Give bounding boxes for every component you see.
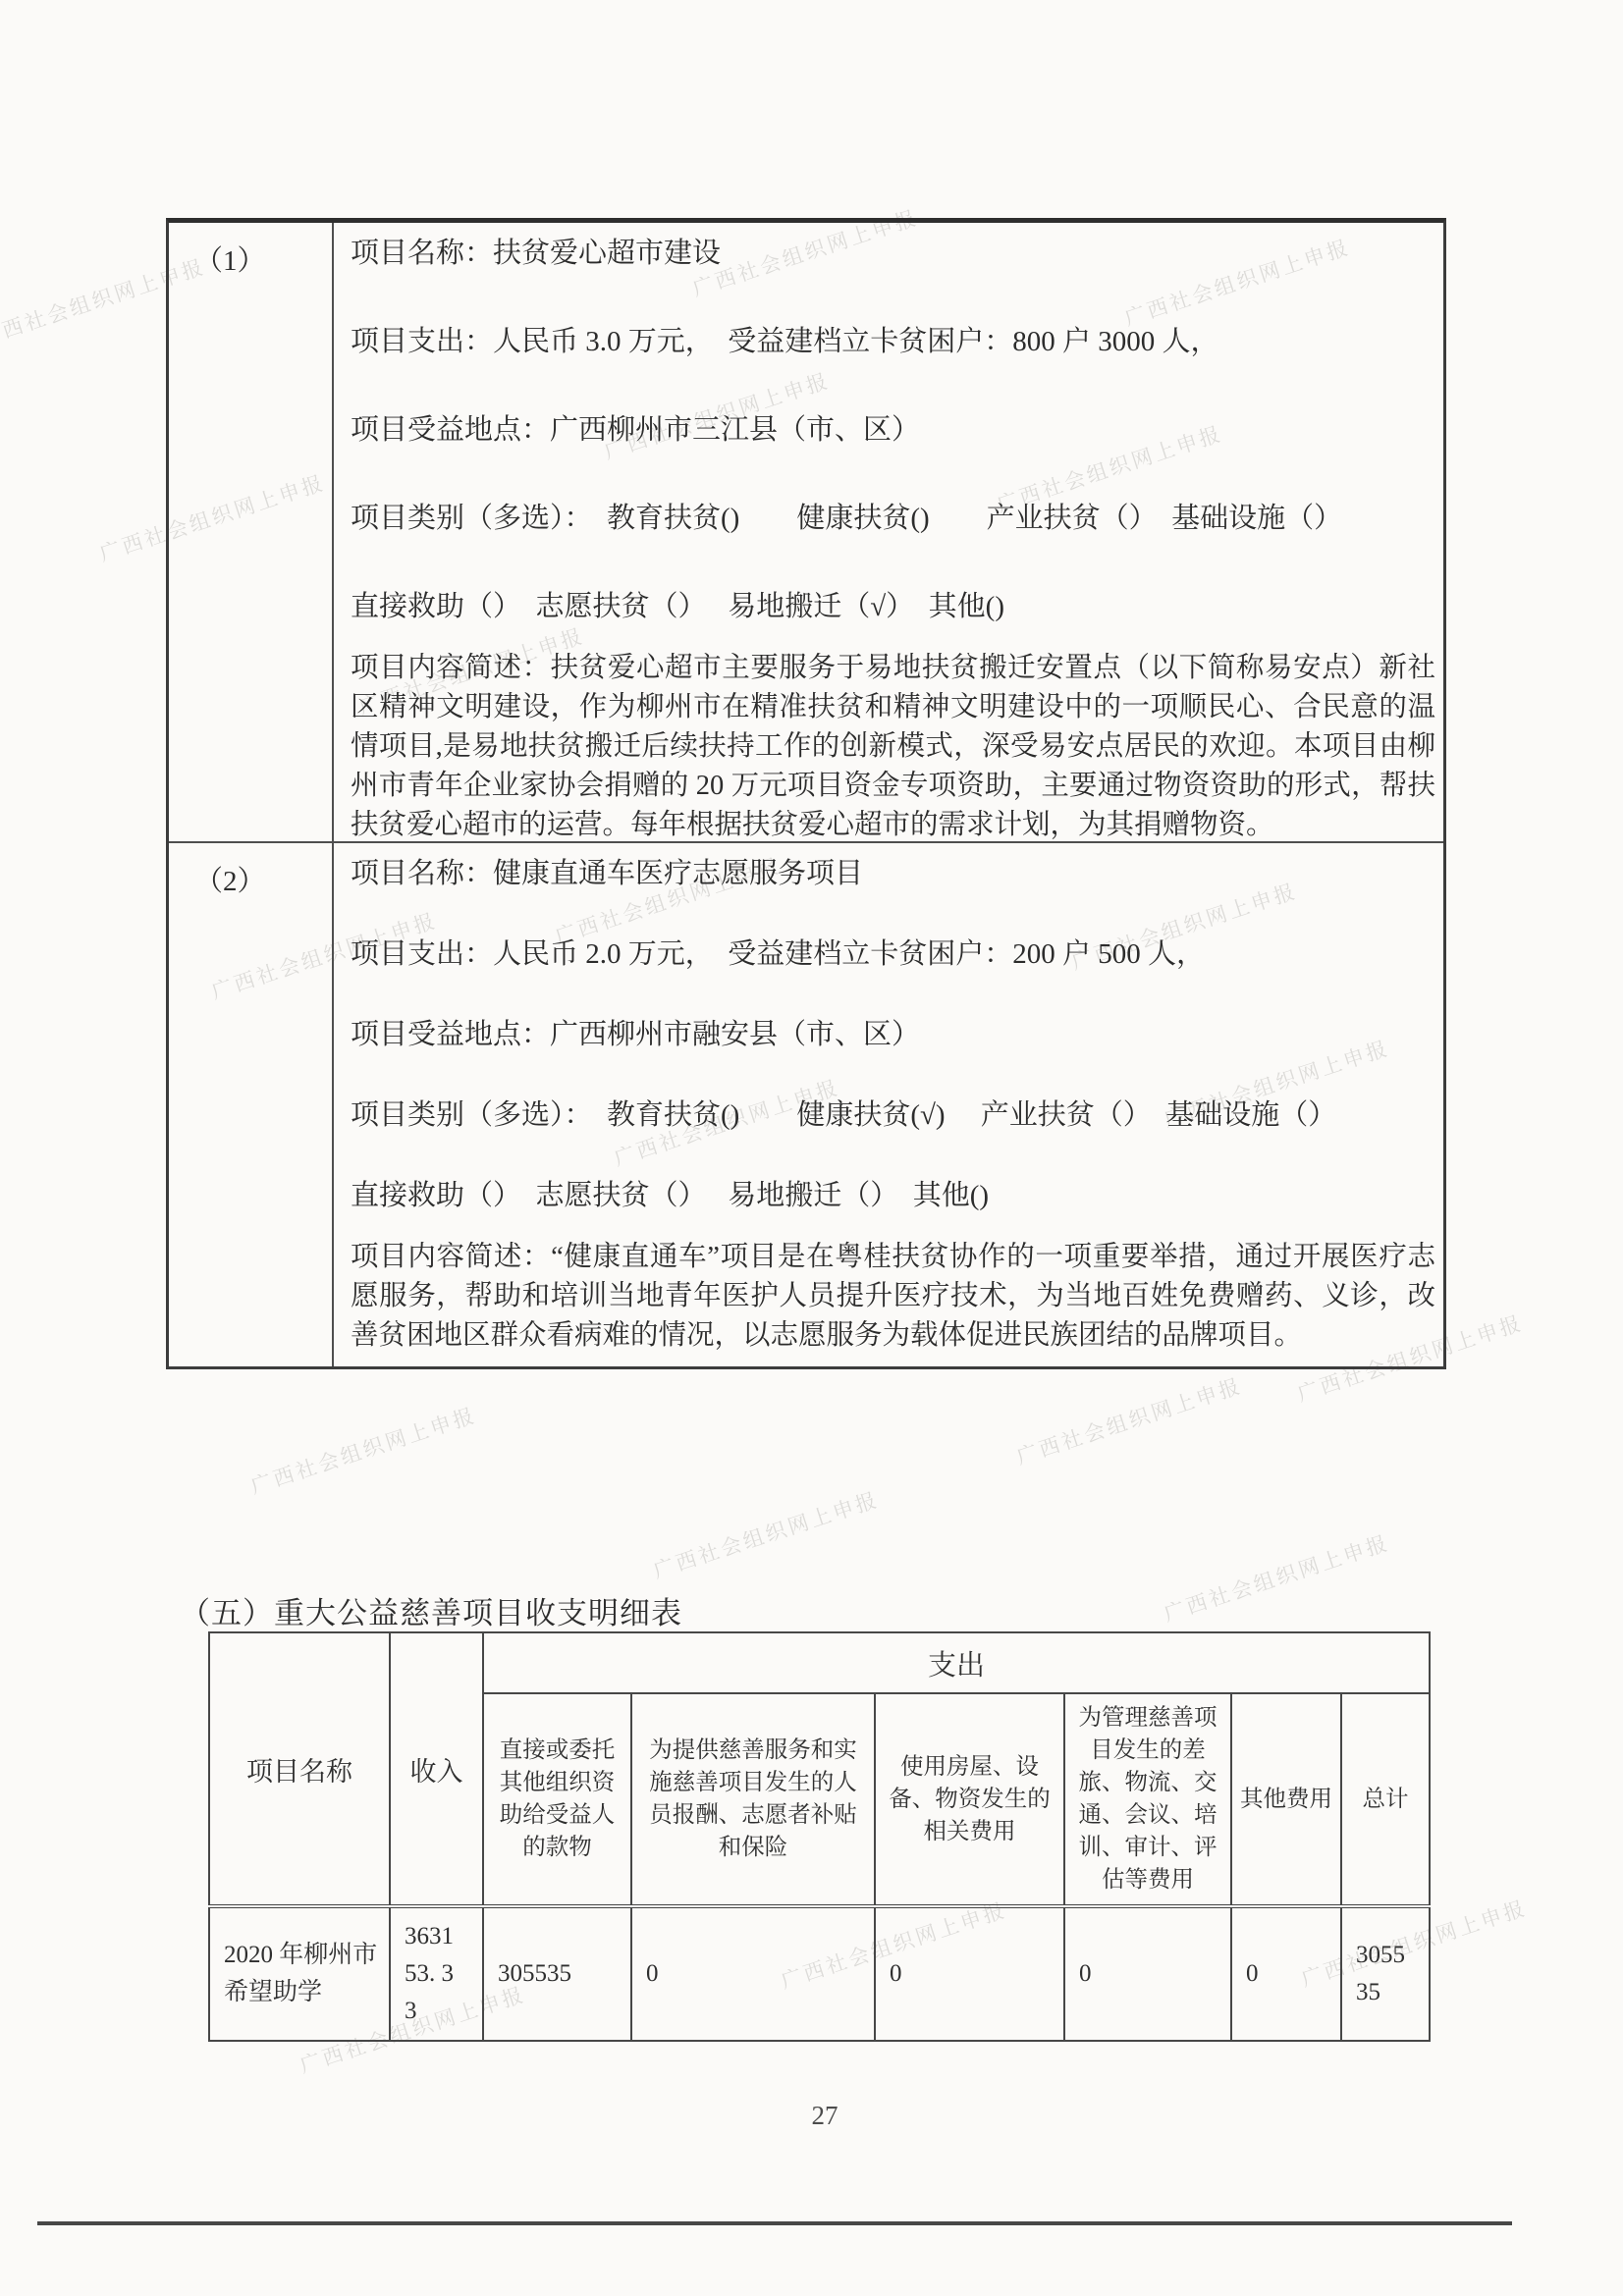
data-other-costs: 0 (1231, 1906, 1341, 2041)
project-1-expense-line: 项目支出：人民币 3.0 万元， 受益建档立卡贫困户：800 户 3000 人， (351, 325, 1435, 358)
project-1-category-line-1: 项目类别（多选）： 教育扶贫() 健康扶贫() 产业扶贫（） 基础设施（） (351, 502, 1435, 535)
scanned-document-page: 广西社会组织网上申报 广西社会组织网上申报 广西社会组织网上申报 广西社会组织网… (0, 0, 1623, 2296)
data-facility-material-costs: 0 (875, 1906, 1064, 2041)
column-header-service-personnel-costs: 为提供慈善服务和实施慈善项目发生的人员报酬、志愿者补贴和保险 (631, 1693, 875, 1906)
data-management-costs: 0 (1064, 1906, 1231, 2041)
income-expense-detail-table: 项目名称 收入 支出 直接或委托其他组织资助给受益人的款物 为提供慈善服务和实施… (208, 1631, 1431, 2042)
column-header-other-costs: 其他费用 (1231, 1693, 1341, 1906)
data-income: 3631 53. 3 3 (390, 1906, 483, 2041)
data-direct-funding: 305535 (483, 1906, 631, 2041)
project-1-summary: 项目内容简述：扶贫爱心超市主要服务于易地扶贫搬迁安置点（以下简称易安点）新社区精… (351, 649, 1435, 845)
column-header-total: 总计 (1341, 1693, 1430, 1906)
column-header-facility-material-costs: 使用房屋、设备、物资发生的相关费用 (875, 1693, 1064, 1906)
project-1-location-line: 项目受益地点：广西柳州市三江县（市、区） (351, 413, 1435, 447)
project-2-name-line: 项目名称：健康直通车医疗志愿服务项目 (351, 857, 1435, 890)
column-header-direct-funding: 直接或委托其他组织资助给受益人的款物 (483, 1693, 631, 1906)
bottom-rule (37, 2221, 1512, 2225)
project-2-index: （2） (169, 843, 334, 1366)
watermark-text: 广西社会组织网上申报 (1012, 1370, 1246, 1471)
column-group-header-expense: 支出 (483, 1632, 1430, 1693)
detail-table-data-row: 2020 年柳州市希望助学 3631 53. 3 3 305535 0 0 0 … (209, 1906, 1430, 2041)
project-2-expense-line: 项目支出：人民币 2.0 万元， 受益建档立卡贫困户：200 户 500 人， (351, 937, 1435, 971)
project-2-location-line: 项目受益地点：广西柳州市融安县（市、区） (351, 1018, 1435, 1051)
project-1-index: （1） (169, 223, 334, 841)
project-row-2: （2） 项目名称：健康直通车医疗志愿服务项目 项目支出：人民币 2.0 万元， … (169, 843, 1443, 1366)
project-description-table: （1） 项目名称：扶贫爱心超市建设 项目支出：人民币 3.0 万元， 受益建档立… (166, 218, 1446, 1369)
watermark-text: 广西社会组织网上申报 (246, 1400, 480, 1501)
project-2-category-line-1: 项目类别（多选）： 教育扶贫() 健康扶贫(√) 产业扶贫（） 基础设施（） (351, 1098, 1435, 1132)
column-header-income: 收入 (390, 1632, 483, 1906)
data-project-name: 2020 年柳州市希望助学 (209, 1906, 390, 2041)
page-number: 27 (0, 2101, 1623, 2131)
column-header-management-costs: 为管理慈善项目发生的差旅、物流、交通、会议、培训、审计、评估等费用 (1064, 1693, 1231, 1906)
project-2-summary: 项目内容简述：“健康直通车”项目是在粤桂扶贫协作的一项重要举措，通过开展医疗志愿… (351, 1238, 1435, 1356)
project-1-category-line-2: 直接救助（） 志愿扶贫（） 易地搬迁（√） 其他() (351, 590, 1435, 623)
watermark-text: 广西社会组织网上申报 (649, 1484, 883, 1585)
project-1-name-line: 项目名称：扶贫爱心超市建设 (351, 237, 1435, 270)
project-2-category-line-2: 直接救助（） 志愿扶贫（） 易地搬迁（） 其他() (351, 1179, 1435, 1212)
project-row-1: （1） 项目名称：扶贫爱心超市建设 项目支出：人民币 3.0 万元， 受益建档立… (169, 223, 1443, 843)
project-2-details: 项目名称：健康直通车医疗志愿服务项目 项目支出：人民币 2.0 万元， 受益建档… (334, 843, 1443, 1366)
data-service-personnel-costs: 0 (631, 1906, 875, 2041)
watermark-text: 广西社会组织网上申报 (1160, 1527, 1393, 1629)
data-total: 3055 35 (1341, 1906, 1430, 2041)
section-five-title: （五）重大公益慈善项目收支明细表 (180, 1588, 682, 1632)
project-1-details: 项目名称：扶贫爱心超市建设 项目支出：人民币 3.0 万元， 受益建档立卡贫困户… (334, 223, 1443, 841)
column-header-project-name: 项目名称 (209, 1632, 390, 1906)
